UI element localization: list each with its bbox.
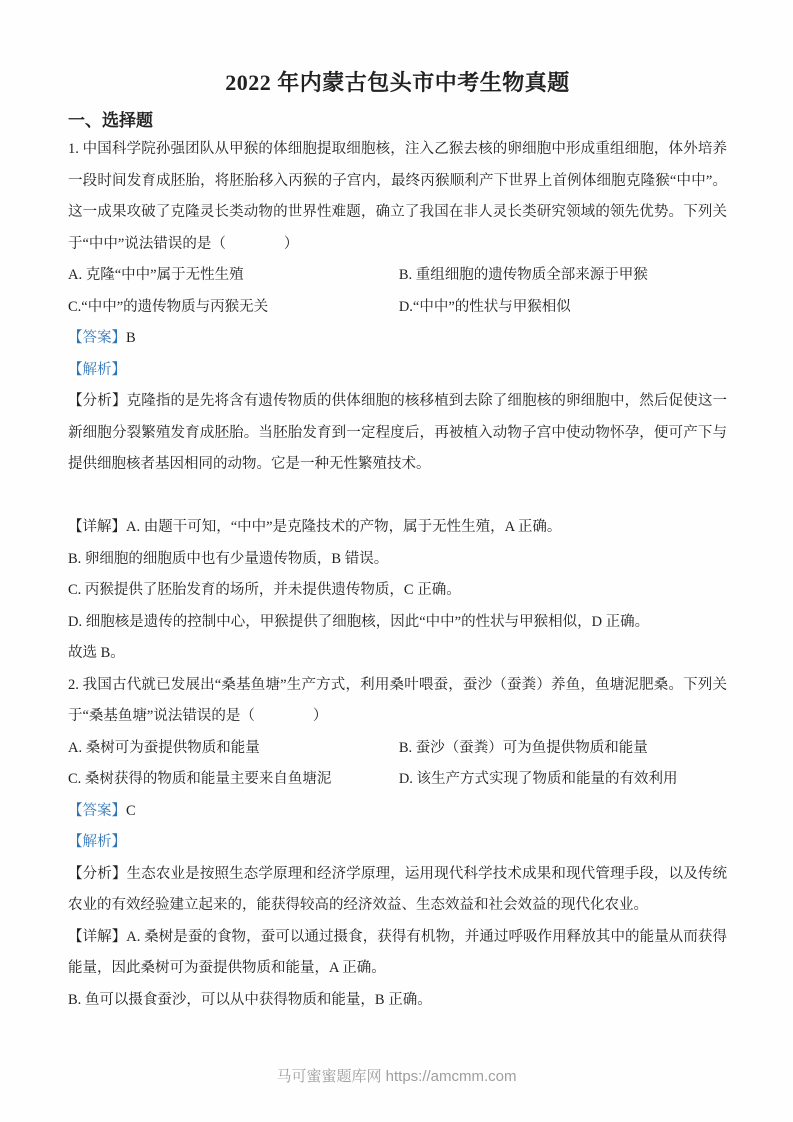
question-1-detail-a: 【详解】A. 由题干可知，“中中”是克隆技术的产物，属于无性生殖，A 正确。 — [68, 512, 727, 544]
question-2: 2. 我国古代就已发展出“桑基鱼塘”生产方式，利用桑叶喂蚕，蚕沙（蚕粪）养鱼，鱼… — [68, 670, 727, 1017]
question-1: 1. 中国科学院孙强团队从甲猴的体细胞提取细胞核，注入乙猴去核的卵细胞中形成重组… — [68, 134, 727, 670]
document-title: 2022 年内蒙古包头市中考生物真题 — [68, 66, 727, 100]
question-1-option-b: B. 重组细胞的遗传物质全部来源于甲猴 — [399, 260, 727, 292]
question-1-stem: 1. 中国科学院孙强团队从甲猴的体细胞提取细胞核，注入乙猴去核的卵细胞中形成重组… — [68, 134, 727, 260]
question-2-options: A. 桑树可为蚕提供物质和能量 B. 蚕沙（蚕粪）可为鱼提供物质和能量 C. 桑… — [68, 733, 727, 796]
question-2-answer-line: 【答案】C — [68, 796, 727, 828]
footer-watermark-text: 马可蜜蜜题库网 https://amcmm.com — [276, 1068, 516, 1085]
question-1-answer-value: B — [126, 330, 136, 346]
question-1-conclusion: 故选 B。 — [68, 638, 727, 670]
question-1-jiexi-line: 【解析】 — [68, 355, 727, 387]
blank-line — [68, 481, 727, 513]
question-2-detail-a: 【详解】A. 桑树是蚕的食物，蚕可以通过摄食，获得有机物，并通过呼吸作用释放其中… — [68, 922, 727, 985]
question-1-detail-d: D. 细胞核是遗传的控制中心，甲猴提供了细胞核，因此“中中”的性状与甲猴相似，D… — [68, 607, 727, 639]
question-1-option-c: C.“中中”的遗传物质与丙猴无关 — [68, 292, 399, 324]
question-1-detail-b: B. 卵细胞的细胞质中也有少量遗传物质，B 错误。 — [68, 544, 727, 576]
answer-tag: 【答案】 — [68, 803, 126, 819]
section-heading: 一、选择题 — [68, 108, 727, 134]
question-2-analysis: 【分析】生态农业是按照生态学原理和经济学原理，运用现代科学技术成果和现代管理手段… — [68, 859, 727, 922]
question-1-options: A. 克隆“中中”属于无性生殖 B. 重组细胞的遗传物质全部来源于甲猴 C.“中… — [68, 260, 727, 323]
question-2-detail-b: B. 鱼可以摄食蚕沙，可以从中获得物质和能量，B 正确。 — [68, 985, 727, 1017]
question-1-answer-line: 【答案】B — [68, 323, 727, 355]
jiexi-tag: 【解析】 — [68, 834, 126, 850]
jiexi-tag: 【解析】 — [68, 362, 126, 378]
question-2-answer-value: C — [126, 803, 136, 819]
question-1-option-a: A. 克隆“中中”属于无性生殖 — [68, 260, 399, 292]
question-2-option-a: A. 桑树可为蚕提供物质和能量 — [68, 733, 399, 765]
question-2-option-c: C. 桑树获得的物质和能量主要来自鱼塘泥 — [68, 764, 399, 796]
question-2-stem: 2. 我国古代就已发展出“桑基鱼塘”生产方式，利用桑叶喂蚕，蚕沙（蚕粪）养鱼，鱼… — [68, 670, 727, 733]
document-page: 2022 年内蒙古包头市中考生物真题 一、选择题 1. 中国科学院孙强团队从甲猴… — [0, 0, 793, 1122]
question-2-jiexi-line: 【解析】 — [68, 827, 727, 859]
question-2-option-b: B. 蚕沙（蚕粪）可为鱼提供物质和能量 — [399, 733, 727, 765]
question-1-detail-c: C. 丙猴提供了胚胎发育的场所，并未提供遗传物质，C 正确。 — [68, 575, 727, 607]
answer-tag: 【答案】 — [68, 330, 126, 346]
footer-watermark: 马可蜜蜜题库网 https://amcmm.com — [0, 1063, 793, 1091]
question-2-option-d: D. 该生产方式实现了物质和能量的有效利用 — [399, 764, 727, 796]
question-1-analysis: 【分析】克隆指的是先将含有遗传物质的供体细胞的核移植到去除了细胞核的卵细胞中，然… — [68, 386, 727, 481]
question-1-option-d: D.“中中”的性状与甲猴相似 — [399, 292, 727, 324]
